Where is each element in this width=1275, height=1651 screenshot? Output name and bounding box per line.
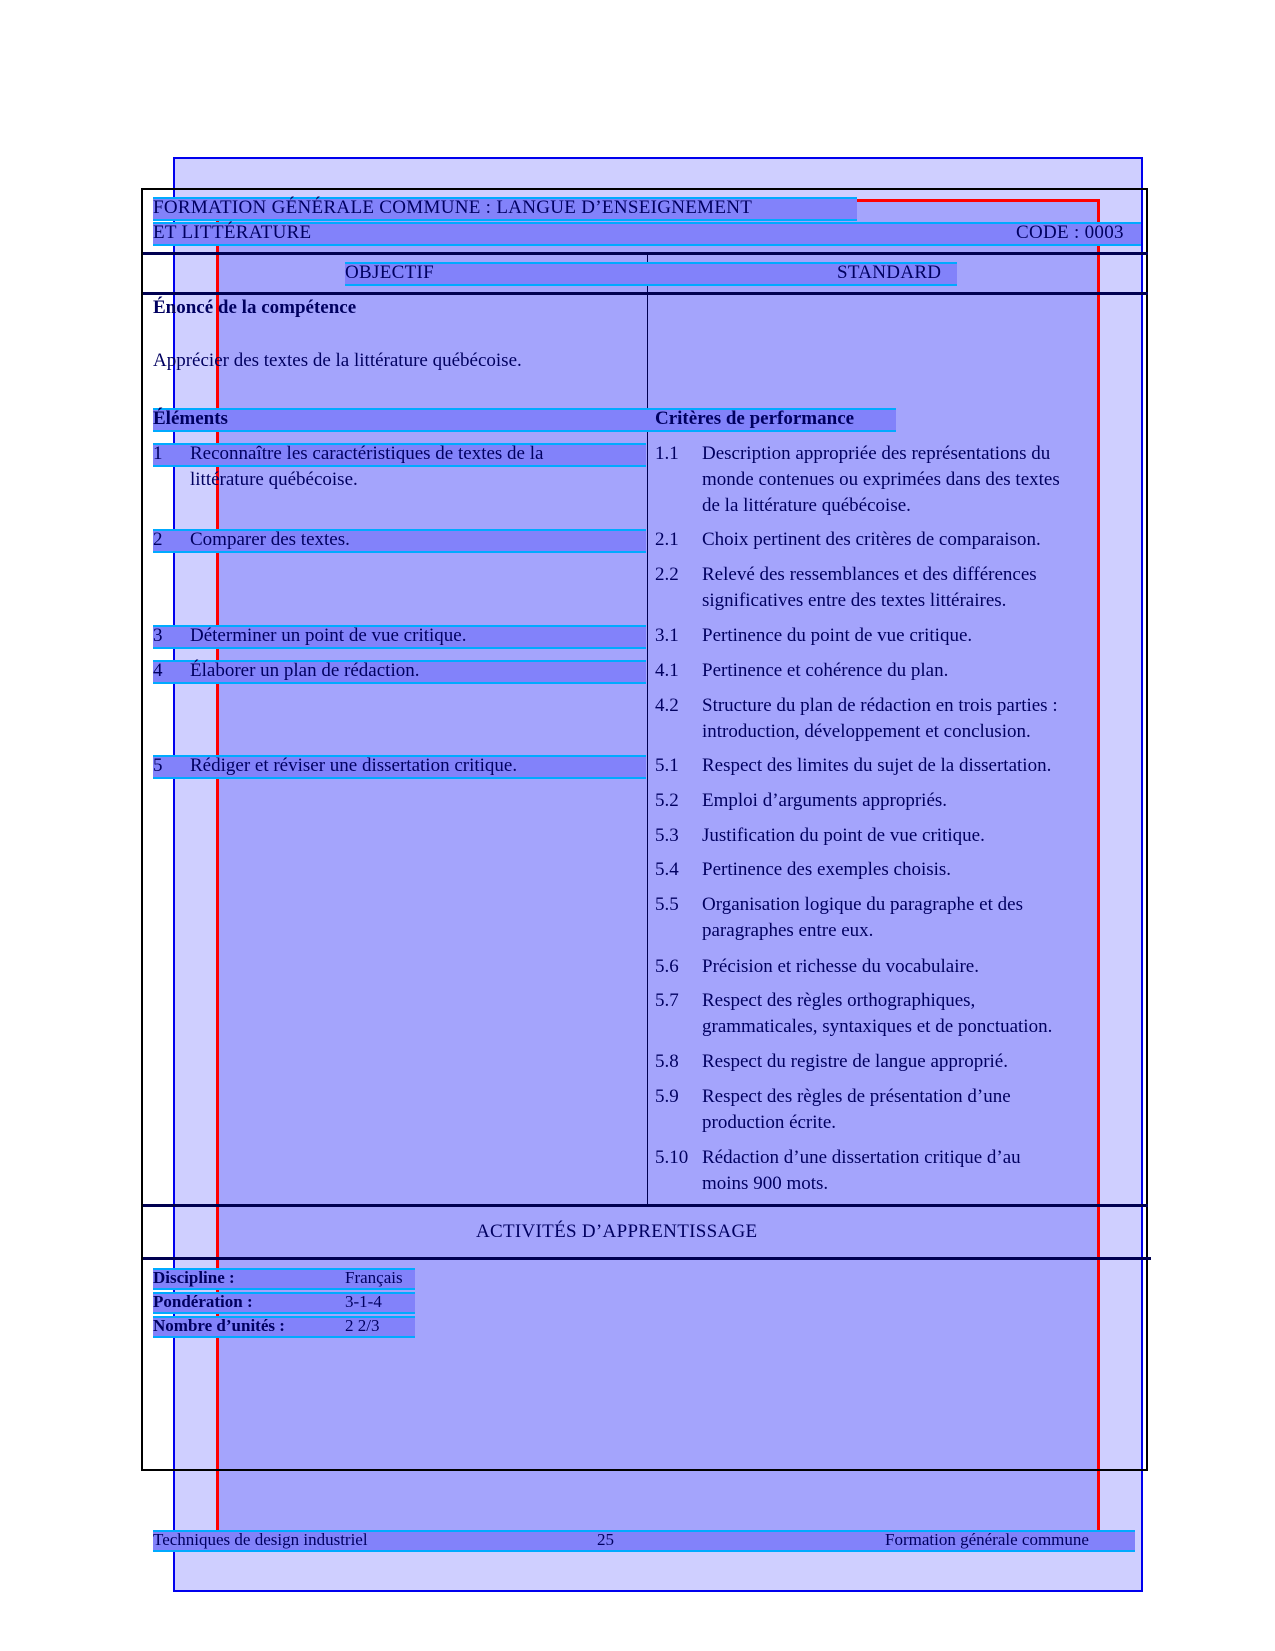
criterion-text: paragraphes entre eux.: [702, 920, 873, 942]
course-code: CODE : 0003: [1016, 222, 1124, 244]
footer-page-number: 25: [597, 1530, 614, 1550]
element-number: 2: [153, 529, 163, 551]
document-title-line2: ET LITTÉRATURE: [153, 222, 311, 244]
criterion-text: Pertinence et cohérence du plan.: [702, 660, 948, 682]
criterion-number: 5.8: [655, 1051, 679, 1073]
competence-heading: Énoncé de la compétence: [153, 297, 356, 319]
criterion-number: 5.1: [655, 755, 679, 777]
document-title-line1: FORMATION GÉNÉRALE COMMUNE : LANGUE D’EN…: [153, 197, 752, 219]
criterion-text: de la littérature québécoise.: [702, 495, 911, 517]
criterion-text: Justification du point de vue critique.: [702, 825, 985, 847]
criterion-number: 5.6: [655, 956, 679, 978]
activity-field-label: Discipline :: [153, 1268, 235, 1288]
element-text: Déterminer un point de vue critique.: [190, 625, 466, 647]
criterion-text: production écrite.: [702, 1112, 836, 1134]
criterion-text: Organisation logique du paragraphe et de…: [702, 894, 1023, 916]
criterion-number: 5.5: [655, 894, 679, 916]
criterion-number: 5.2: [655, 790, 679, 812]
footer-program: Techniques de design industriel: [153, 1530, 368, 1550]
column-divider: [647, 254, 648, 1205]
element-number: 5: [153, 755, 163, 777]
criterion-text: Description appropriée des représentatio…: [702, 443, 1050, 465]
criterion-text: moins 900 mots.: [702, 1173, 828, 1195]
criterion-text: Précision et richesse du vocabulaire.: [702, 956, 979, 978]
divider-activities-bottom: [143, 1257, 1151, 1260]
element-text: Reconnaître les caractéristiques de text…: [190, 443, 543, 465]
criterion-text: Emploi d’arguments appropriés.: [702, 790, 947, 812]
element-text: Comparer des textes.: [190, 529, 350, 551]
criteria-heading: Critères de performance: [655, 408, 854, 430]
activity-field-value: Français: [345, 1268, 403, 1288]
criterion-text: Choix pertinent des critères de comparai…: [702, 529, 1041, 551]
criterion-number: 5.9: [655, 1086, 679, 1108]
criterion-number: 5.10: [655, 1147, 688, 1169]
criterion-text: monde contenues ou exprimées dans des te…: [702, 469, 1060, 491]
criterion-text: Respect des règles de présentation d’une: [702, 1086, 1011, 1108]
criterion-number: 4.2: [655, 695, 679, 717]
criterion-text: Pertinence du point de vue critique.: [702, 625, 972, 647]
activity-field-value: 2 2/3: [345, 1316, 379, 1336]
criterion-number: 1.1: [655, 443, 679, 465]
criterion-text: Rédaction d’une dissertation critique d’…: [702, 1147, 1021, 1169]
divider-columns: [143, 292, 1148, 295]
activity-field-label: Nombre d’unités :: [153, 1316, 285, 1336]
divider-header: [143, 252, 1148, 255]
divider-activities-top: [143, 1204, 1148, 1207]
criterion-text: Relevé des ressemblances et des différen…: [702, 564, 1037, 586]
criterion-text: Structure du plan de rédaction en trois …: [702, 695, 1058, 717]
activity-field-label: Pondération :: [153, 1292, 253, 1312]
criterion-number: 5.4: [655, 859, 679, 881]
element-number: 3: [153, 625, 163, 647]
footer-section: Formation générale commune: [885, 1530, 1089, 1550]
element-number: 1: [153, 443, 163, 465]
element-text: Élaborer un plan de rédaction.: [190, 660, 419, 682]
element-text: Rédiger et réviser une dissertation crit…: [190, 755, 517, 777]
code-label: CODE :: [1016, 222, 1080, 243]
criterion-text: Respect des règles orthographiques,: [702, 990, 975, 1012]
criterion-text: significatives entre des textes littérai…: [702, 590, 1006, 612]
elements-heading: Éléments: [153, 408, 228, 430]
activities-heading: ACTIVITÉS D’APPRENTISSAGE: [476, 1221, 757, 1243]
column-heading-objectif: OBJECTIF: [345, 262, 434, 284]
criterion-text: introduction, développement et conclusio…: [702, 721, 1031, 743]
criterion-number: 5.7: [655, 990, 679, 1012]
criterion-number: 3.1: [655, 625, 679, 647]
element-number: 4: [153, 660, 163, 682]
criterion-text: Respect du registre de langue approprié.: [702, 1051, 1008, 1073]
code-value: 0003: [1085, 222, 1124, 243]
criterion-number: 2.1: [655, 529, 679, 551]
criterion-text: grammaticales, syntaxiques et de ponctua…: [702, 1016, 1052, 1038]
criterion-number: 4.1: [655, 660, 679, 682]
activity-field-value: 3-1-4: [345, 1292, 382, 1312]
column-heading-standard: STANDARD: [837, 262, 941, 284]
criterion-text: Pertinence des exemples choisis.: [702, 859, 951, 881]
element-text: littérature québécoise.: [190, 469, 358, 491]
competence-statement: Apprécier des textes de la littérature q…: [153, 350, 522, 372]
criterion-number: 5.3: [655, 825, 679, 847]
criterion-number: 2.2: [655, 564, 679, 586]
criterion-text: Respect des limites du sujet de la disse…: [702, 755, 1051, 777]
